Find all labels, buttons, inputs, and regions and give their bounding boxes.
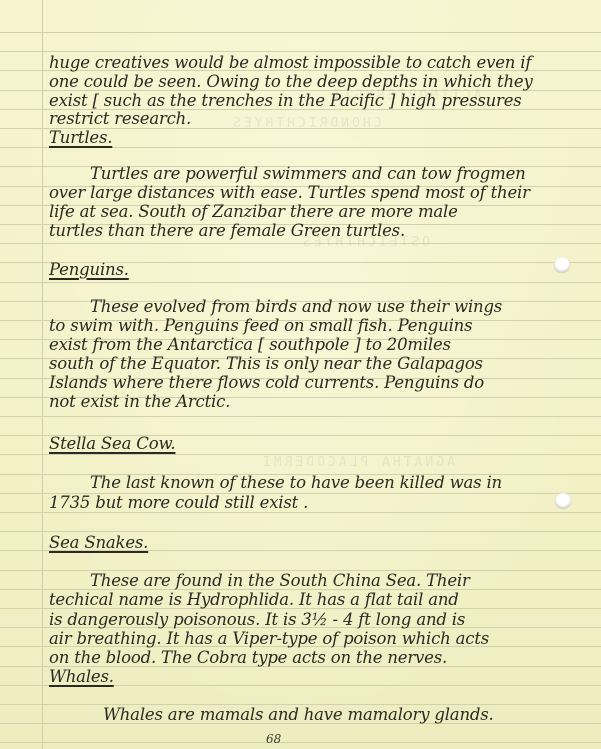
section-heading-whales: Whales. bbox=[49, 669, 114, 686]
ruled-line bbox=[0, 416, 601, 417]
text-line: Turtles are powerful swimmers and can to… bbox=[90, 166, 526, 183]
text-line: These are found in the South China Sea. … bbox=[90, 573, 470, 590]
text-line: 1735 but more could still exist . bbox=[49, 495, 308, 512]
text-line: air breathing. It has a Viper-type of po… bbox=[49, 631, 489, 648]
text-line: to swim with. Penguins feed on small fis… bbox=[49, 318, 472, 335]
margin-line bbox=[42, 0, 43, 749]
text-line: These evolved from birds and now use the… bbox=[90, 299, 502, 316]
text-line: is dangerously poisonous. It is 3½ - 4 f… bbox=[49, 612, 465, 629]
section-heading-turtles: Turtles. bbox=[49, 130, 112, 147]
page-number: 68 bbox=[266, 732, 281, 746]
text-line: restrict research. bbox=[49, 111, 191, 128]
text-line: turtles than there are female Green turt… bbox=[49, 223, 405, 240]
ruled-line bbox=[0, 51, 601, 52]
bleed-through-marks: CHONDRICHTHYES bbox=[230, 116, 382, 131]
ruled-line bbox=[0, 742, 601, 743]
bleed-through-marks: AGNATHA PLACODERMI bbox=[260, 455, 455, 470]
text-line: on the blood. The Cobra type acts on the… bbox=[49, 650, 447, 667]
binder-hole bbox=[555, 493, 571, 509]
ruled-line bbox=[0, 147, 601, 148]
ruled-line bbox=[0, 282, 601, 283]
binder-hole bbox=[554, 257, 570, 273]
text-line: not exist in the Arctic. bbox=[49, 394, 230, 411]
text-line: Whales are mamals and have mamalory glan… bbox=[103, 707, 494, 724]
text-line: exist [ such as the trenches in the Paci… bbox=[49, 93, 522, 110]
text-line: over large distances with ease. Turtles … bbox=[49, 185, 530, 202]
text-line: life at sea. South of Zanzibar there are… bbox=[49, 204, 458, 221]
text-line: Islands where there flows cold currents.… bbox=[49, 375, 484, 392]
ruled-line bbox=[0, 512, 601, 513]
text-line: techical name is Hydrophlida. It has a f… bbox=[49, 592, 459, 609]
ruled-line bbox=[0, 531, 601, 532]
text-line: huge creatives would be almost impossibl… bbox=[49, 55, 531, 72]
text-line: The last known of these to have been kil… bbox=[90, 475, 502, 492]
text-line: exist from the Antarctica [ southpole ] … bbox=[49, 337, 451, 354]
notebook-page: ACTINOPTERYGII CHONDRICHTHYES OSTEICHTHY… bbox=[0, 0, 601, 749]
section-heading-stella-sea-cow: Stella Sea Cow. bbox=[49, 436, 175, 453]
text-line: south of the Equator. This is only near … bbox=[49, 356, 483, 373]
section-heading-penguins: Penguins. bbox=[49, 262, 129, 279]
text-line: one could be seen. Owing to the deep dep… bbox=[49, 74, 533, 91]
section-heading-sea-snakes: Sea Snakes. bbox=[49, 535, 148, 552]
ruled-line bbox=[0, 32, 601, 33]
